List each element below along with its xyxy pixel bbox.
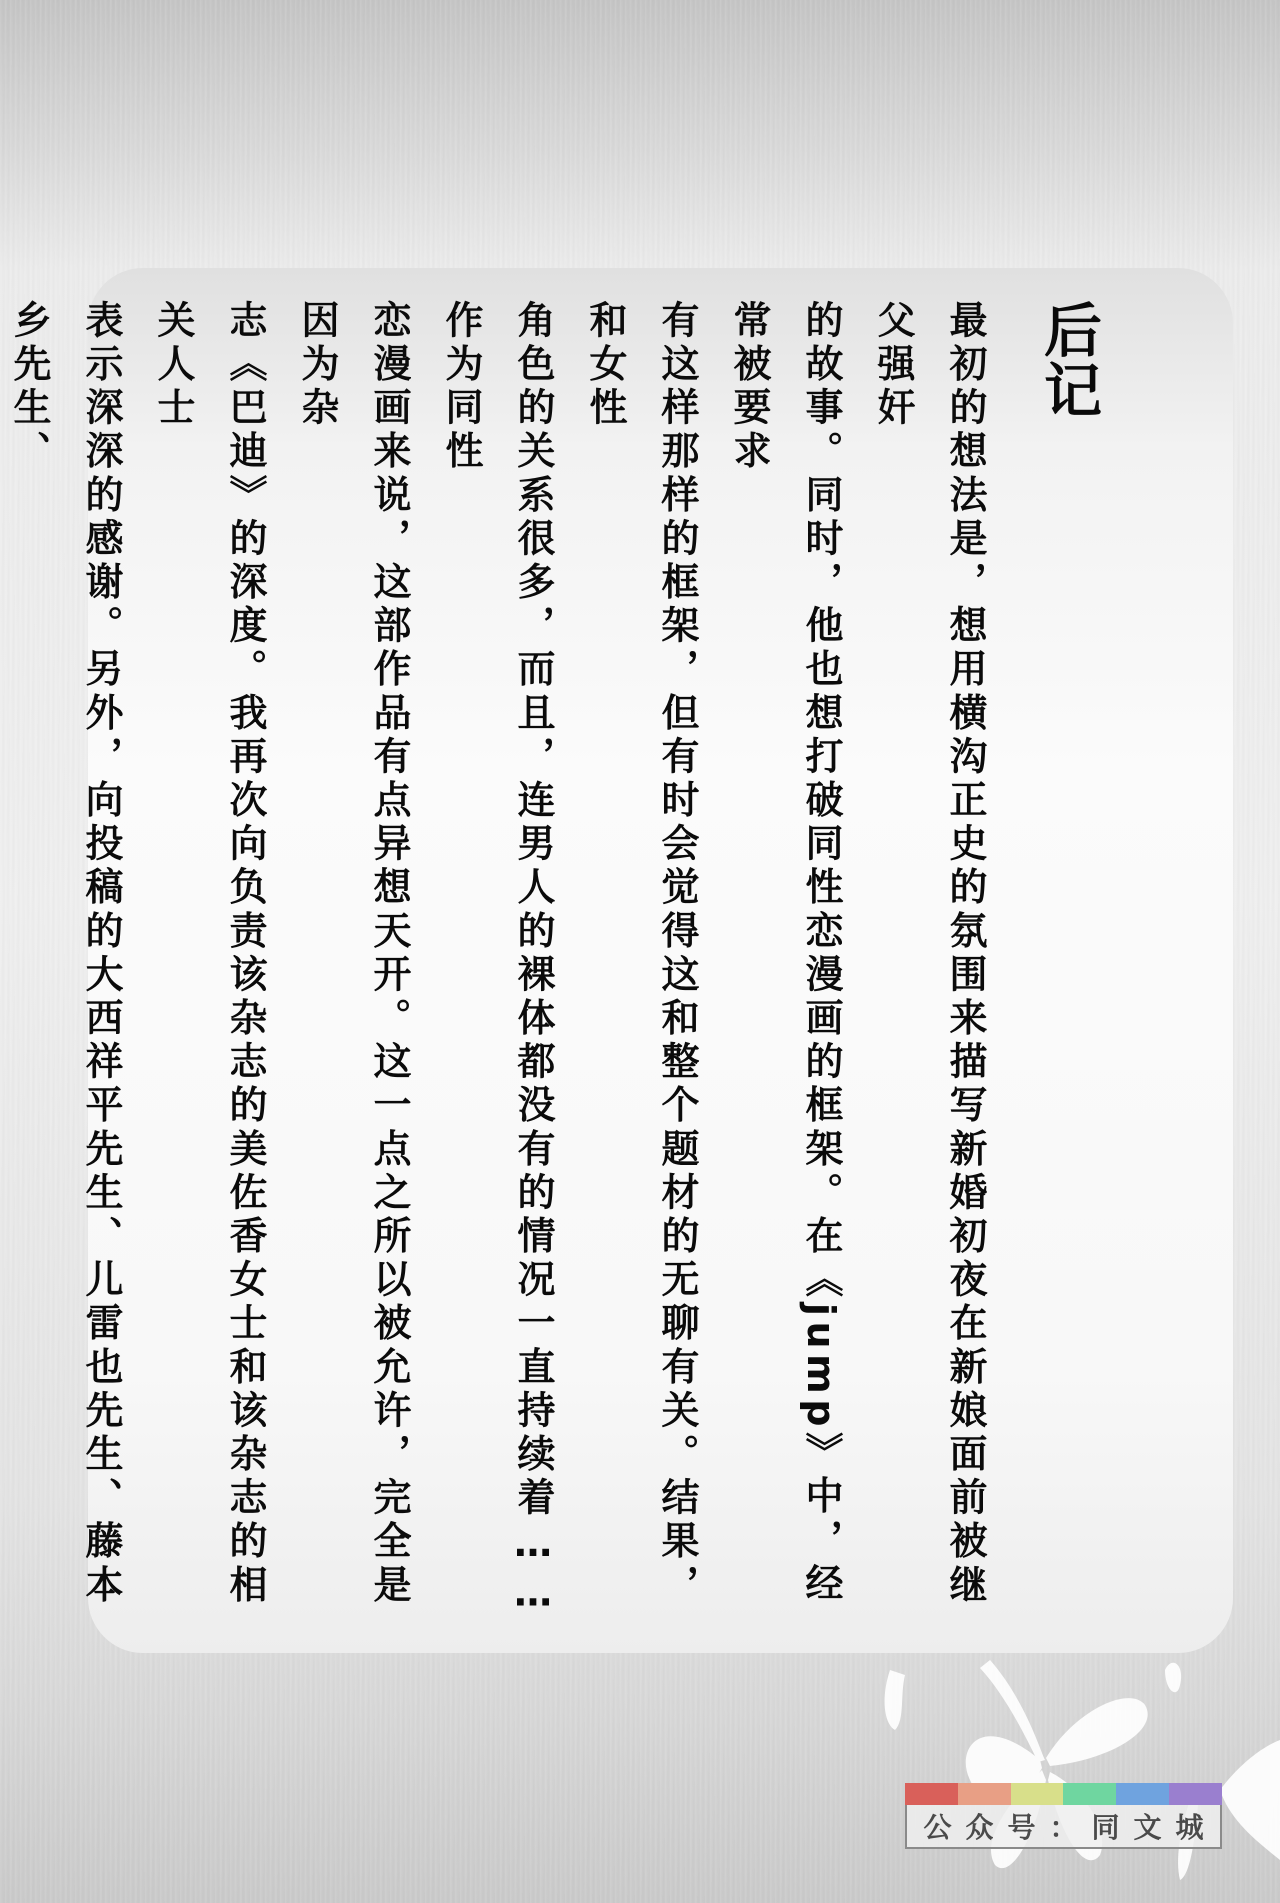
text-column-4: 角色的关系很多，而且，连男人的裸体都没有的情况一直持续着……作为同性: [425, 300, 569, 1620]
magazine-name-jump: jump: [799, 1303, 843, 1432]
watermark-badge: 公众号：同文城: [905, 1783, 1222, 1849]
text-column-2: 的故事。同时，他也想打破同性恋漫画的框架。在《jump》中，经常被要求: [713, 300, 857, 1620]
rainbow-red: [905, 1783, 958, 1805]
text-column-6: 志《巴迪》的深度。我再次向负责该杂志的美佐香女士和该杂志的相关人士: [137, 300, 281, 1620]
rainbow-yellow: [1011, 1783, 1064, 1805]
rainbow-green: [1063, 1783, 1116, 1805]
watermark-label: 公众号：同文城: [905, 1805, 1222, 1849]
text-column-5: 恋漫画来说，这部作品有点异想天开。这一点之所以被允许，完全是因为杂: [281, 300, 425, 1620]
rainbow-purple: [1169, 1783, 1222, 1805]
text-column-2-start: 的故事。同时，他也想打破同性恋漫画的框架。在《: [799, 300, 843, 1303]
rainbow-bar: [905, 1783, 1222, 1805]
text-column-7: 表示深深的感谢。另外，向投稿的大西祥平先生、儿雷也先生、藤本乡先生、: [0, 300, 137, 1620]
butterfly-decoration-icon: [860, 1640, 1280, 1903]
text-column-1: 最初的想法是，想用横沟正史的氛围来描写新婚初夜在新娘面前被继父强奸: [857, 300, 1001, 1620]
page-title: 后记: [1036, 300, 1100, 420]
afterword-body: 最初的想法是，想用横沟正史的氛围来描写新婚初夜在新娘面前被继父强奸 的故事。同时…: [0, 300, 1001, 1620]
text-column-3: 有这样那样的框架，但有时会觉得这和整个题材的无聊有关。结果，和女性: [569, 300, 713, 1620]
rainbow-orange: [958, 1783, 1011, 1805]
rainbow-blue: [1116, 1783, 1169, 1805]
